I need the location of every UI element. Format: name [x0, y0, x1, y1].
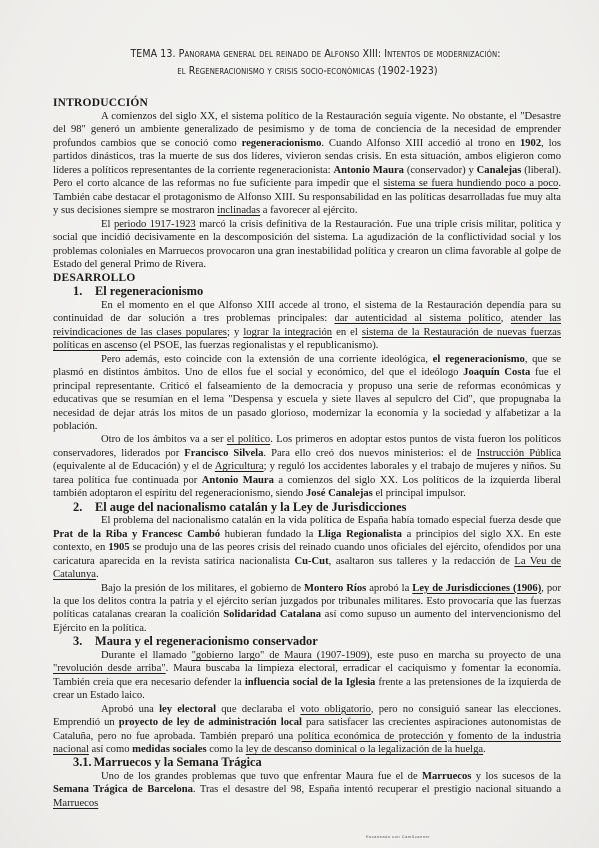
document-body: INTRODUCCIÓN A comienzos del siglo XX, e…	[53, 96, 561, 810]
paragraph: Uno de los grandes problemas que tuvo qu…	[53, 770, 561, 810]
text-run: que declaraba el	[216, 704, 300, 715]
underlined-text: lograr la integración	[243, 327, 332, 338]
bold-text: influencia social de la Iglesia	[245, 677, 376, 688]
text-run: (equivalente al de Educación) y el de	[53, 461, 215, 472]
subsection-number: 2.	[73, 501, 95, 515]
text-run: Otro de los ámbitos va a ser	[101, 434, 227, 445]
text-run: Uno de los grandes problemas que tuvo qu…	[101, 771, 422, 782]
paragraph: En el momento en el que Alfonso XIII acc…	[53, 299, 561, 353]
bold-text: Montero Ríos	[304, 583, 366, 594]
bold-text: Marruecos	[422, 771, 471, 782]
paragraph: Durante el llamado "gobierno largo" de M…	[53, 649, 561, 703]
document-title-line-1: TEMA 13. Panorama general del reinado de…	[58, 47, 573, 60]
bold-text: Francisco Silvela	[184, 448, 263, 459]
bold-text: 1902	[520, 138, 541, 149]
paragraph: El problema del nacionalismo catalán en …	[53, 514, 561, 581]
bold-text: Antonio Maura	[202, 475, 274, 486]
bold-text: Lliga Regionalista	[318, 529, 402, 540]
underlined-text: inclinadas	[217, 205, 260, 216]
bold-text: Cu-Cut	[294, 556, 328, 567]
text-run: y los sucesos de la	[471, 771, 561, 782]
text-run: .	[483, 744, 486, 755]
underlined-text: periodo 1917-1923	[114, 219, 196, 230]
subsection-heading-regeneracionismo: 1.El regeneracionismo	[53, 285, 561, 299]
text-run: . Tras el desastre del 98, España intent…	[193, 784, 561, 795]
scanner-watermark: Escaneado con CamScanner	[366, 834, 430, 839]
section-heading-introduccion: INTRODUCCIÓN	[53, 96, 561, 110]
bold-text: Canalejas	[477, 165, 522, 176]
text-run: en el	[332, 327, 362, 338]
text-run: , este puso en marcha su proyecto de una	[370, 650, 561, 661]
subsection-title: El regeneracionismo	[95, 284, 203, 298]
subsection-title: Maura y el regeneracionismo conservador	[95, 634, 318, 648]
paragraph: Bajo la presión de los militares, el gob…	[53, 582, 561, 636]
subsection-title: Marruecos y la Semana Trágica	[94, 755, 262, 769]
bold-text: Solidaridad Catalana	[223, 609, 321, 620]
text-run: .	[96, 569, 99, 580]
underlined-text: sistema se fuera hundiendo poco a poco	[383, 178, 558, 189]
bold-text: Semana Trágica de Barcelona	[53, 784, 193, 795]
underlined-text: "gobierno largo" de Maura (1907-1909)	[192, 650, 370, 661]
paragraph: Pero además, esto coincide con la extens…	[53, 353, 561, 434]
underlined-text: "revolución desde arriba"	[53, 663, 166, 674]
underlined-text: Agricultura	[215, 461, 264, 472]
text-run: a favorecer al ejército.	[260, 205, 357, 216]
subsection-number: 3.	[73, 635, 95, 649]
text-run: ; y	[227, 327, 243, 338]
underlined-text: dar autenticidad al sistema político	[334, 313, 500, 324]
text-run: (conservador) y	[404, 165, 477, 176]
document-page: TEMA 13. Panorama general del reinado de…	[0, 0, 599, 848]
text-run: ,	[501, 313, 511, 324]
text-run: Bajo la presión de los militares, el gob…	[101, 583, 304, 594]
bold-text: medidas sociales	[132, 744, 206, 755]
underlined-text: voto obligatorio	[300, 704, 371, 715]
bold-text: José Canalejas	[306, 488, 373, 499]
paragraph: A comienzos del siglo XX, el sistema pol…	[53, 110, 561, 218]
paragraph: El periodo 1917-1923 marcó la crisis def…	[53, 218, 561, 272]
underlined-text: Marruecos	[53, 798, 98, 809]
text-run: , asaltaron sus talleres y la redacción …	[329, 556, 515, 567]
bold-underlined-text: Ley de Jurisdicciones (1906)	[412, 583, 541, 594]
text-run: Pero además, esto coincide con la extens…	[101, 354, 433, 365]
bold-text: Antonio Maura	[333, 165, 404, 176]
text-run: como la	[207, 744, 246, 755]
underlined-text: ley de descanso dominical o la legalizac…	[246, 744, 483, 755]
subsection-number: 3.1.	[73, 756, 92, 770]
subsection-heading-nacionalismo-catalan: 2.El auge del nacionalismo catalán y la …	[53, 501, 561, 515]
section-heading-desarrollo: DESARROLLO	[53, 271, 561, 285]
underlined-text: el político	[227, 434, 270, 445]
bold-text: Joaquín Costa	[463, 367, 530, 378]
bold-text: proyecto de ley de administración local	[119, 717, 302, 728]
text-run: Aprobó una	[101, 704, 159, 715]
bold-text: el regeneracionismo	[433, 354, 525, 365]
subsection-number: 1.	[73, 285, 95, 299]
bold-text: regeneracionismo	[242, 138, 322, 149]
text-run: así como	[89, 744, 132, 755]
text-run: . Para ello creó dos nuevos ministerios:…	[263, 448, 476, 459]
text-run: El	[101, 219, 114, 230]
subsection-heading-maura: 3.Maura y el regeneracionismo conservado…	[53, 635, 561, 649]
document-title-line-2: el Regeneracionismo y crisis socio-econó…	[50, 64, 565, 77]
bold-text: ley electoral	[159, 704, 216, 715]
text-run: El problema del nacionalismo catalán en …	[101, 515, 561, 526]
bold-text: 1905	[108, 542, 129, 553]
text-run: hubieran fundado la	[220, 529, 318, 540]
underlined-text: Instrucción Pública	[477, 448, 561, 459]
paragraph: Aprobó una ley electoral que declaraba e…	[53, 703, 561, 757]
text-run: aprobó la	[366, 583, 412, 594]
text-run: el principal impulsor.	[373, 488, 466, 499]
subsection-title: El auge del nacionalismo catalán y la Le…	[95, 500, 407, 514]
bold-text: Prat de la Riba y Francesc Cambó	[53, 529, 220, 540]
paragraph: Otro de los ámbitos va a ser el político…	[53, 433, 561, 500]
text-run: (el PSOE, las fuerzas regionalistas y el…	[137, 340, 378, 351]
subsection-heading-marruecos: 3.1.Marruecos y la Semana Trágica	[53, 756, 561, 770]
text-run: Durante el llamado	[101, 650, 192, 661]
text-run: . Cuando Alfonso XIII accedió al trono e…	[321, 138, 520, 149]
